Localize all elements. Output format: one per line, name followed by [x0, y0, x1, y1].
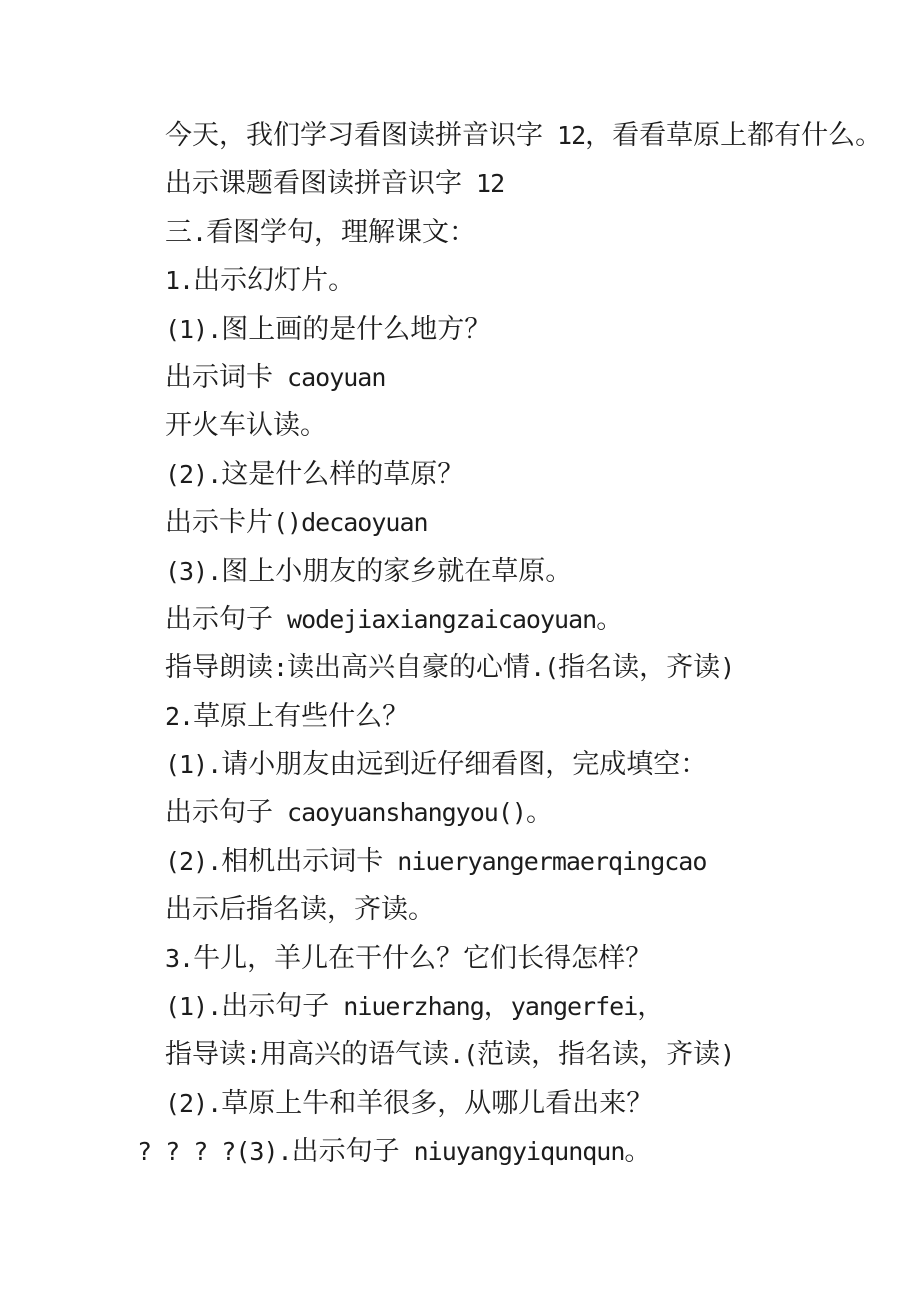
pinyin-text: (3). — [165, 557, 221, 586]
pinyin-text: (2). — [165, 460, 221, 489]
pinyin-text: niuerzhang — [329, 992, 484, 1021]
pinyin-text: (1). — [165, 992, 221, 1021]
pinyin-text: wodejiaxiangzaicaoyuan — [273, 605, 596, 634]
text-line: 2.草原上有些什么？ — [165, 693, 880, 741]
text-line: (2).这是什么样的草原？ — [165, 451, 880, 499]
pinyin-text: ) — [720, 653, 734, 682]
pinyin-text: niueryangermaerqingcao — [383, 847, 706, 876]
text-line: (1).请小朋友由远到近仔细看图，完成填空： — [165, 741, 880, 789]
text-line: 出示课题看图读拼音识字 12 — [165, 160, 880, 208]
text-line: 出示后指名读，齐读。 — [165, 886, 880, 934]
pinyin-text: .( — [530, 653, 558, 682]
pinyin-text: (1). — [165, 315, 221, 344]
text-line: 今天，我们学习看图读拼音识字 12，看看草原上都有什么。 — [165, 112, 880, 160]
pinyin-text: . — [192, 218, 206, 247]
pinyin-text: caoyuanshangyou() — [273, 798, 526, 827]
pinyin-text: (2). — [165, 1089, 221, 1118]
text-line: 开火车认读。 — [165, 402, 880, 450]
text-line: (1).图上画的是什么地方？ — [165, 306, 880, 354]
text-line: (3).图上小朋友的家乡就在草原。 — [165, 548, 880, 596]
text-line: 出示句子 wodejiaxiangzaicaoyuan。 — [165, 596, 880, 644]
pinyin-text: (1). — [165, 750, 221, 779]
text-line: 指导读:用高兴的语气读.(范读，指名读，齐读) — [165, 1031, 880, 1079]
pinyin-text: .( — [449, 1040, 477, 1069]
text-line: 1.出示幻灯片。 — [165, 257, 880, 305]
text-line: 3.牛儿，羊儿在干什么？它们长得怎样？ — [165, 935, 880, 983]
text-line: (2).草原上牛和羊很多，从哪儿看出来？ — [165, 1080, 880, 1128]
pinyin-text: yangerfei — [511, 992, 637, 1021]
document-page: 今天，我们学习看图读拼音识字 12，看看草原上都有什么。出示课题看图读拼音识字 … — [0, 0, 920, 1302]
pinyin-text: ? ? ? ?(3). — [137, 1137, 292, 1166]
text-line: 出示卡片()decaoyuan — [165, 499, 880, 547]
pinyin-text: 2. — [165, 702, 193, 731]
pinyin-text: : — [246, 1040, 260, 1069]
pinyin-text: ()decaoyuan — [273, 508, 428, 537]
lesson-plan-text-block: 今天，我们学习看图读拼音识字 12，看看草原上都有什么。出示课题看图读拼音识字 … — [0, 0, 920, 1177]
text-line: 三.看图学句，理解课文： — [165, 209, 880, 257]
pinyin-text: caoyuan — [273, 363, 385, 392]
text-line: ? ? ? ?(3).出示句子 niuyangyiqunqun。 — [137, 1128, 880, 1176]
pinyin-text: 12 — [543, 121, 585, 150]
text-line: 出示句子 caoyuanshangyou()。 — [165, 789, 880, 837]
pinyin-text: : — [273, 653, 287, 682]
text-line: 指导朗读:读出高兴自豪的心情.(指名读，齐读) — [165, 644, 880, 692]
pinyin-text: 3. — [165, 944, 193, 973]
text-line: 出示词卡 caoyuan — [165, 354, 880, 402]
pinyin-text: ) — [720, 1040, 734, 1069]
pinyin-text: 12 — [462, 169, 504, 198]
pinyin-text: niuyangyiqunqun — [400, 1137, 625, 1166]
text-line: (2).相机出示词卡 niueryangermaerqingcao — [165, 838, 880, 886]
pinyin-text: (2). — [165, 847, 221, 876]
text-line: (1).出示句子 niuerzhang，yangerfei， — [165, 983, 880, 1031]
pinyin-text: 1. — [165, 266, 193, 295]
